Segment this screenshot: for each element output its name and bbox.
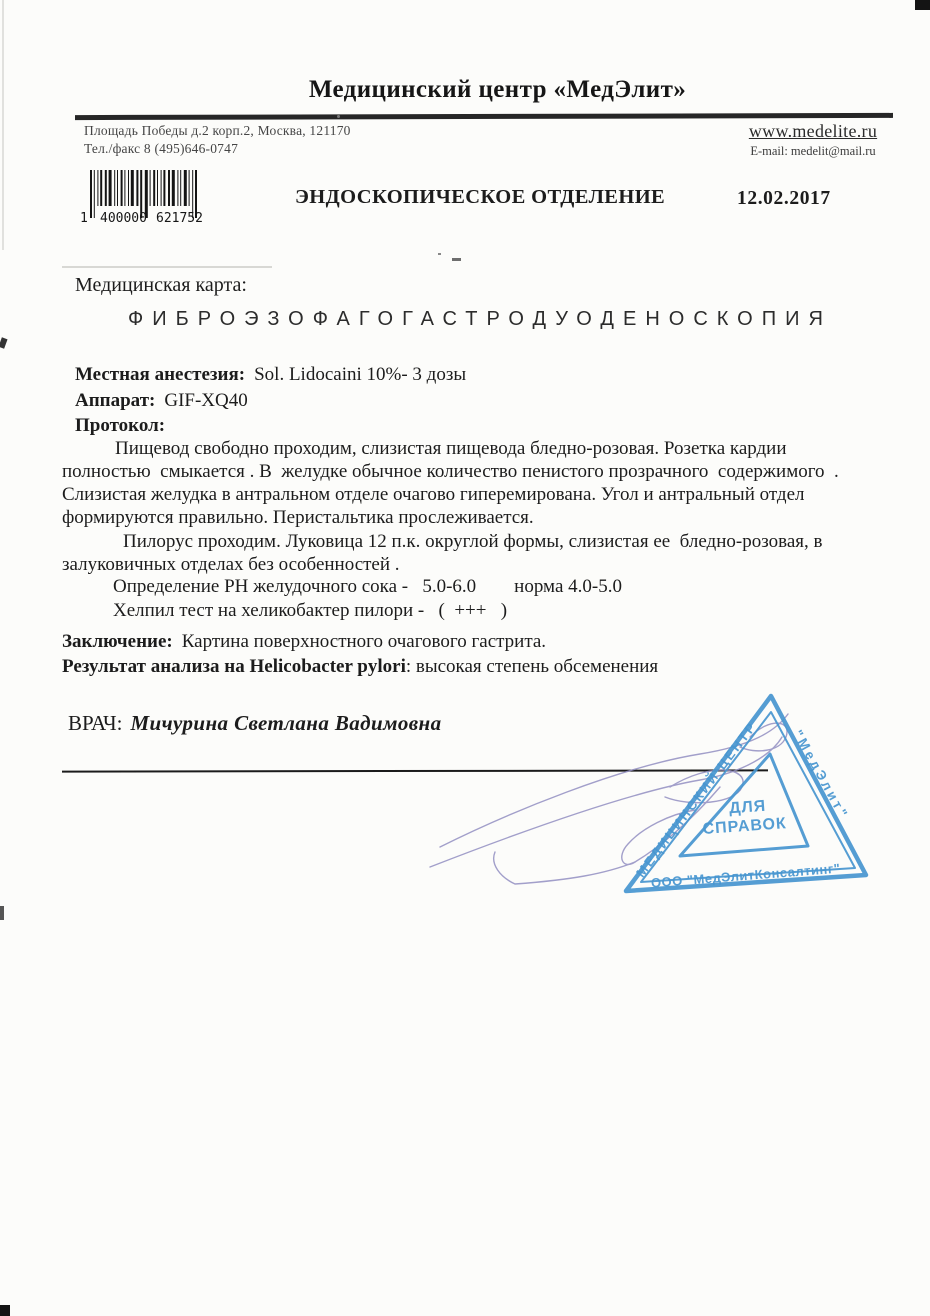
scanned-document-page: Медицинский центр «МедЭлит» Площадь Побе… — [0, 0, 930, 1316]
protocol-line: Слизистая желудка в антральном отделе оч… — [62, 483, 805, 506]
ph-test-line: Определение РН желудочного сока - 5.0-6.… — [113, 575, 622, 598]
doctor-row: ВРАЧ:Мичурина Светлана Вадимовна — [68, 711, 442, 736]
hp-result-row: Результат анализа на Helicobacter pylori… — [62, 655, 658, 678]
clinic-email: E-mail: medelit@mail.ru — [718, 144, 908, 159]
stamp: МЕДИЦИНСКИЙ ЦЕНТР "МедЭлит" ООО "МедЭлит… — [616, 684, 872, 900]
scan-artifact-streak — [62, 266, 272, 268]
barcode-group1: 400000 — [100, 211, 147, 226]
device-value: GIF-XQ40 — [164, 390, 247, 411]
scan-artifact-mark — [0, 906, 4, 920]
scan-artifact-dash — [452, 258, 461, 261]
medical-card-label: Медицинская карта: — [75, 274, 247, 297]
hp-result-label: Результат анализа на Helicobacter pylori — [62, 656, 406, 677]
conclusion-label: Заключение: — [62, 631, 173, 652]
scan-artifact-corner-bottom-left — [0, 1305, 10, 1316]
conclusion-row: Заключение:Картина поверхностного очагов… — [62, 630, 546, 653]
barcode: 1 400000 621752 — [78, 166, 223, 228]
anesthesia-value: Sol. Lidocaini 10%- 3 дозы — [254, 364, 466, 385]
stamp-bottom-text: ООО "МедЭлитКонсалтинг" — [650, 861, 840, 891]
scan-artifact-speck — [438, 253, 441, 255]
protocol-label: Протокол: — [75, 414, 165, 437]
doctor-name: Мичурина Светлана Вадимовна — [130, 711, 441, 735]
report-date: 12.02.2017 — [737, 188, 831, 210]
protocol-line: залуковичных отделах без особенностей . — [62, 553, 400, 576]
helpil-test-line: Хелпил тест на хеликобактер пилори - ( +… — [113, 599, 507, 622]
clinic-address: Площадь Победы д.2 корп.2, Москва, 12117… — [84, 123, 351, 139]
scan-artifact-edge-line — [2, 0, 4, 250]
procedure-title: ФИБРОЭЗОФАГОГАСТРОДУОДЕНОСКОПИЯ — [128, 308, 832, 331]
scan-artifact-corner-top-right — [915, 0, 930, 10]
stamp-center-line1: ДЛЯ — [729, 798, 767, 818]
conclusion-text: Картина поверхностного очагового гастрит… — [182, 631, 546, 652]
device-row: Аппарат:GIF-XQ40 — [75, 389, 248, 412]
protocol-line: Пищевод свободно проходим, слизистая пищ… — [115, 437, 787, 460]
scan-artifact-mark — [0, 337, 8, 348]
protocol-line: Пилорус проходим. Луковица 12 п.к. округ… — [123, 530, 822, 553]
device-label: Аппарат: — [75, 390, 155, 411]
clinic-website: www.medelite.ru — [718, 121, 908, 142]
anesthesia-label: Местная анестезия: — [75, 364, 245, 385]
clinic-phone: Тел./факс 8 (495)646-0747 — [84, 141, 238, 157]
protocol-line: формируются правильно. Перистальтика про… — [62, 506, 534, 529]
hp-result-text: : высокая степень обсеменения — [406, 656, 658, 677]
scan-artifact-speck — [337, 115, 340, 118]
header-divider — [75, 113, 893, 120]
department-title: ЭНДОСКОПИЧЕСКОЕ ОТДЕЛЕНИЕ — [295, 186, 665, 209]
barcode-lead-digit: 1 — [80, 211, 88, 226]
protocol-line: полностью смыкается . В желудке обычное … — [62, 460, 839, 483]
anesthesia-row: Местная анестезия:Sol. Lidocaini 10%- 3 … — [75, 363, 466, 386]
stamp-edge-right-text: "МедЭлит" — [790, 727, 852, 822]
clinic-title: Медицинский центр «МедЭлит» — [65, 76, 930, 104]
barcode-group2: 621752 — [156, 211, 203, 226]
doctor-label: ВРАЧ: — [68, 711, 122, 735]
